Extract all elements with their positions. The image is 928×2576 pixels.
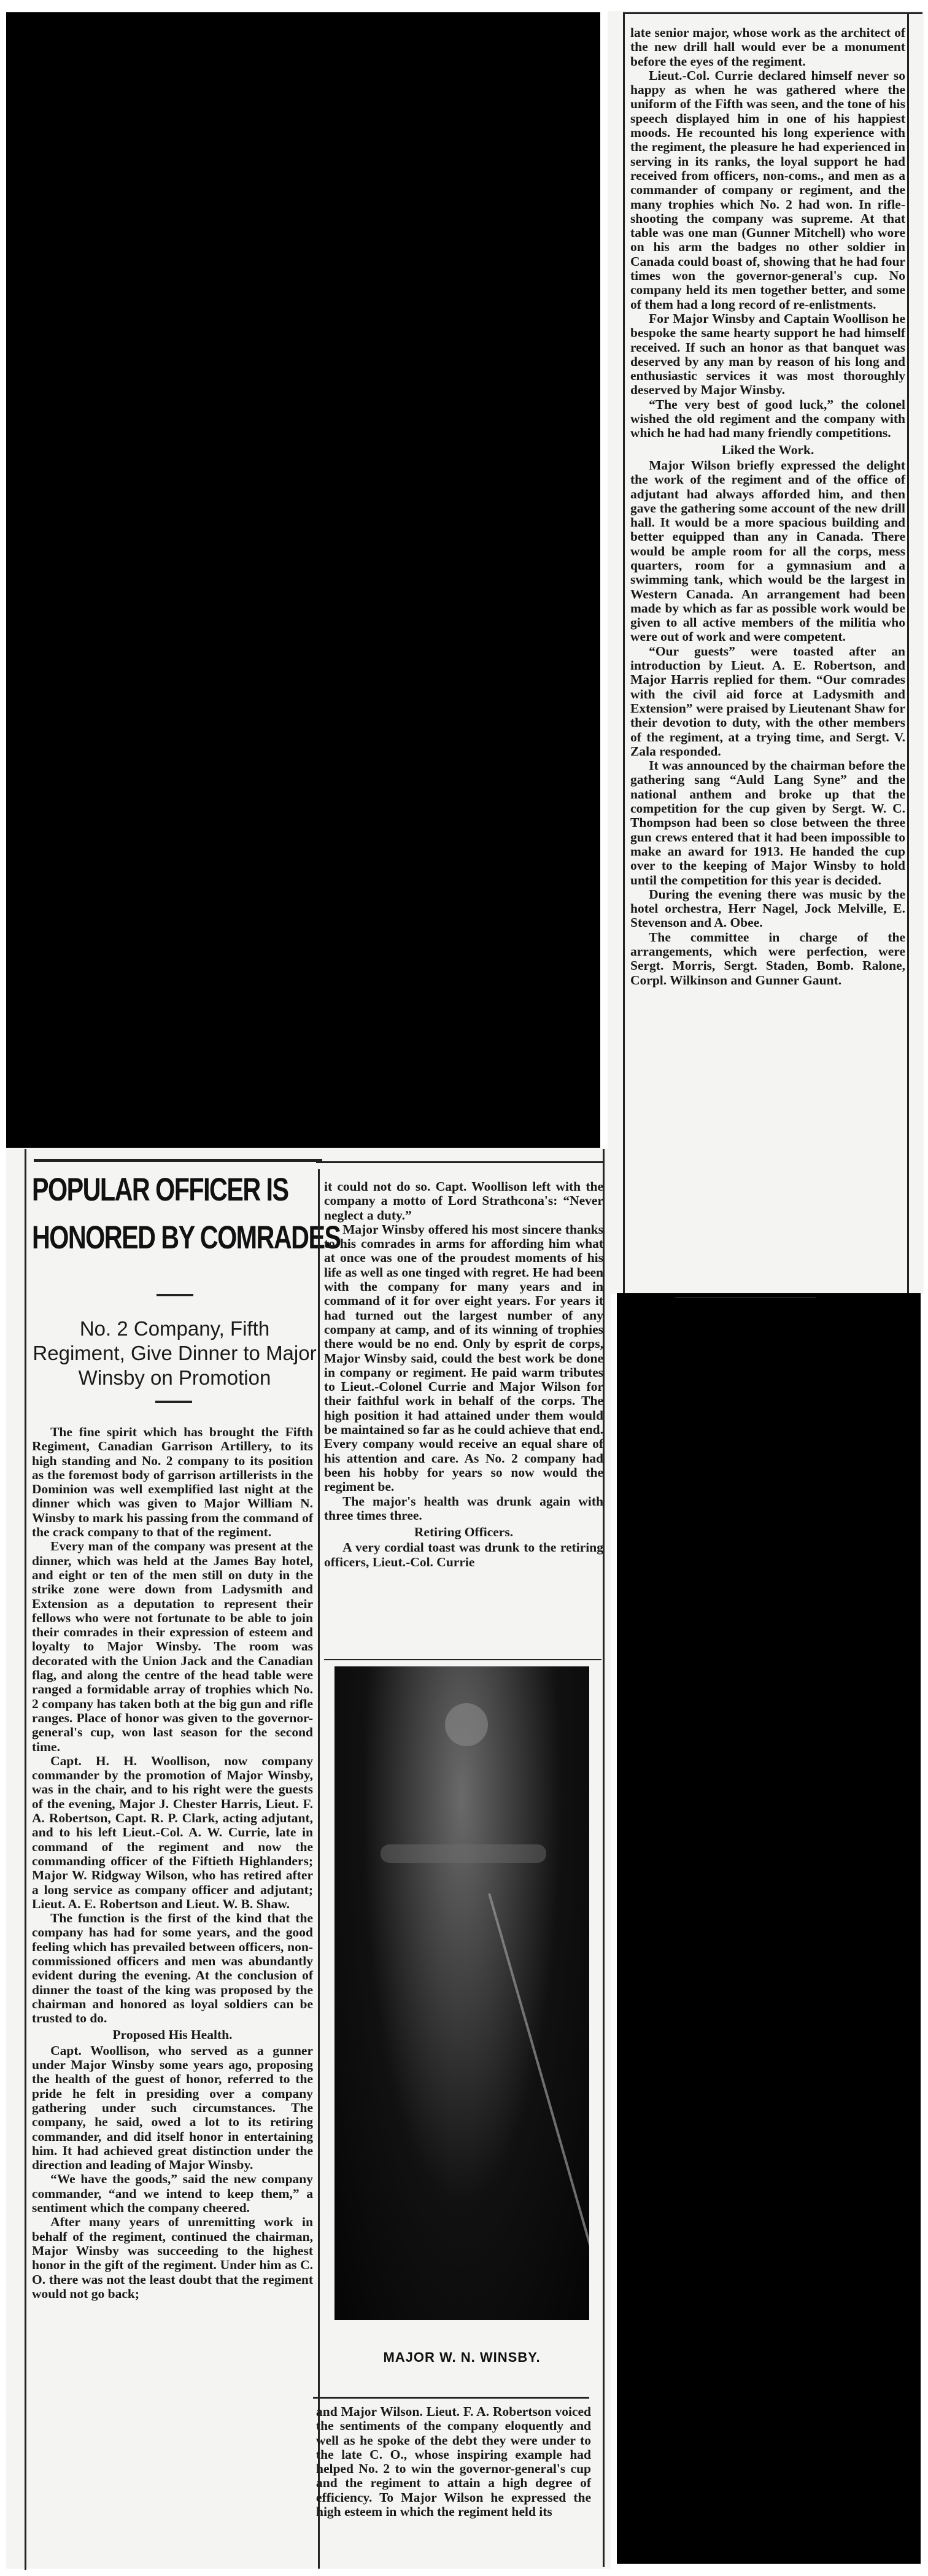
paragraph: During the evening there was music by th… [630, 888, 905, 930]
headline-line-2: HONORED BY COMRADES [32, 1214, 255, 1262]
paragraph: It was announced by the chairman before … [630, 759, 905, 888]
paragraph: Lieut.-Col. Currie declared himself neve… [630, 69, 905, 312]
column-3-top-rule [623, 12, 922, 14]
paragraph: “Our guests” were toasted after an intro… [630, 644, 905, 759]
photo-hands [381, 1844, 546, 1863]
column-rule-1-2 [318, 1169, 320, 2569]
paragraph: The major's health was drunk again with … [324, 1495, 603, 1523]
article-column-1: The fine spirit which has brought the Fi… [32, 1425, 313, 2301]
adjacent-column-fragment [7, 1154, 23, 2566]
article-column-3: late senior major, whose work as the arc… [630, 26, 905, 988]
article-column-2-bottom: and Major Wilson. Lieut. F. A. Robertson… [316, 2405, 591, 2519]
paragraph: Capt. Woollison, who served as a gunner … [32, 2044, 313, 2173]
paragraph: The function is the first of the kind th… [32, 1911, 313, 2025]
redacted-block-bottom-right [617, 1293, 921, 2564]
photo-caption: MAJOR W. N. WINSBY. [334, 2350, 589, 2365]
deck-divider [155, 1401, 192, 1403]
column-3-end-rule [675, 1297, 816, 1298]
headline-divider [157, 1294, 193, 1296]
headline-line-1: POPULAR OFFICER IS [32, 1166, 255, 1214]
section-subhead: Proposed His Health. [32, 2028, 313, 2042]
portrait-photo [334, 1666, 589, 2320]
paragraph: The committee in charge of the arrangeme… [630, 930, 905, 988]
paragraph: Major Wilson briefly expressed the delig… [630, 458, 905, 644]
top-rule-middle [316, 1161, 605, 1163]
section-subhead: Liked the Work. [630, 443, 905, 457]
redacted-block-top-left [6, 12, 600, 1148]
section-subhead: Retiring Officers. [324, 1525, 603, 1539]
paragraph: A very cordial toast was drunk to the re… [324, 1541, 603, 1569]
paragraph: and Major Wilson. Lieut. F. A. Robertson… [316, 2405, 591, 2519]
paragraph: it could not do so. Capt. Woollison left… [324, 1180, 603, 1223]
caption-rule [313, 2397, 589, 2399]
column-rule-3-left [623, 14, 625, 1293]
paragraph: “The very best of good luck,” the colone… [630, 398, 905, 441]
headline: POPULAR OFFICER IS HONORED BY COMRADES [32, 1166, 255, 1262]
photo-face [445, 1703, 488, 1746]
column-rule-left [25, 1149, 26, 2570]
paragraph: Major Winsby offered his most sincere th… [324, 1223, 603, 1495]
column-rule-3-right [907, 14, 909, 1293]
paragraph: “We have the goods,” said the new compan… [32, 2172, 313, 2215]
paragraph: For Major Winsby and Captain Woollison h… [630, 312, 905, 398]
top-rule [34, 1159, 322, 1162]
paragraph: The fine spirit which has brought the Fi… [32, 1425, 313, 1539]
article-column-2-top: it could not do so. Capt. Woollison left… [324, 1180, 603, 1569]
photo-top-rule [324, 1659, 601, 1660]
paragraph: late senior major, whose work as the arc… [630, 26, 905, 69]
paragraph: After many years of unremitting work in … [32, 2215, 313, 2301]
photo-sword [488, 1893, 589, 2307]
subheadline: No. 2 Company, Fifth Regiment, Give Dinn… [32, 1317, 317, 1390]
paragraph: Capt. H. H. Woollison, now company comma… [32, 1754, 313, 1911]
paragraph: Every man of the company was present at … [32, 1539, 313, 1754]
column-rule-2-3 [603, 1149, 605, 2567]
